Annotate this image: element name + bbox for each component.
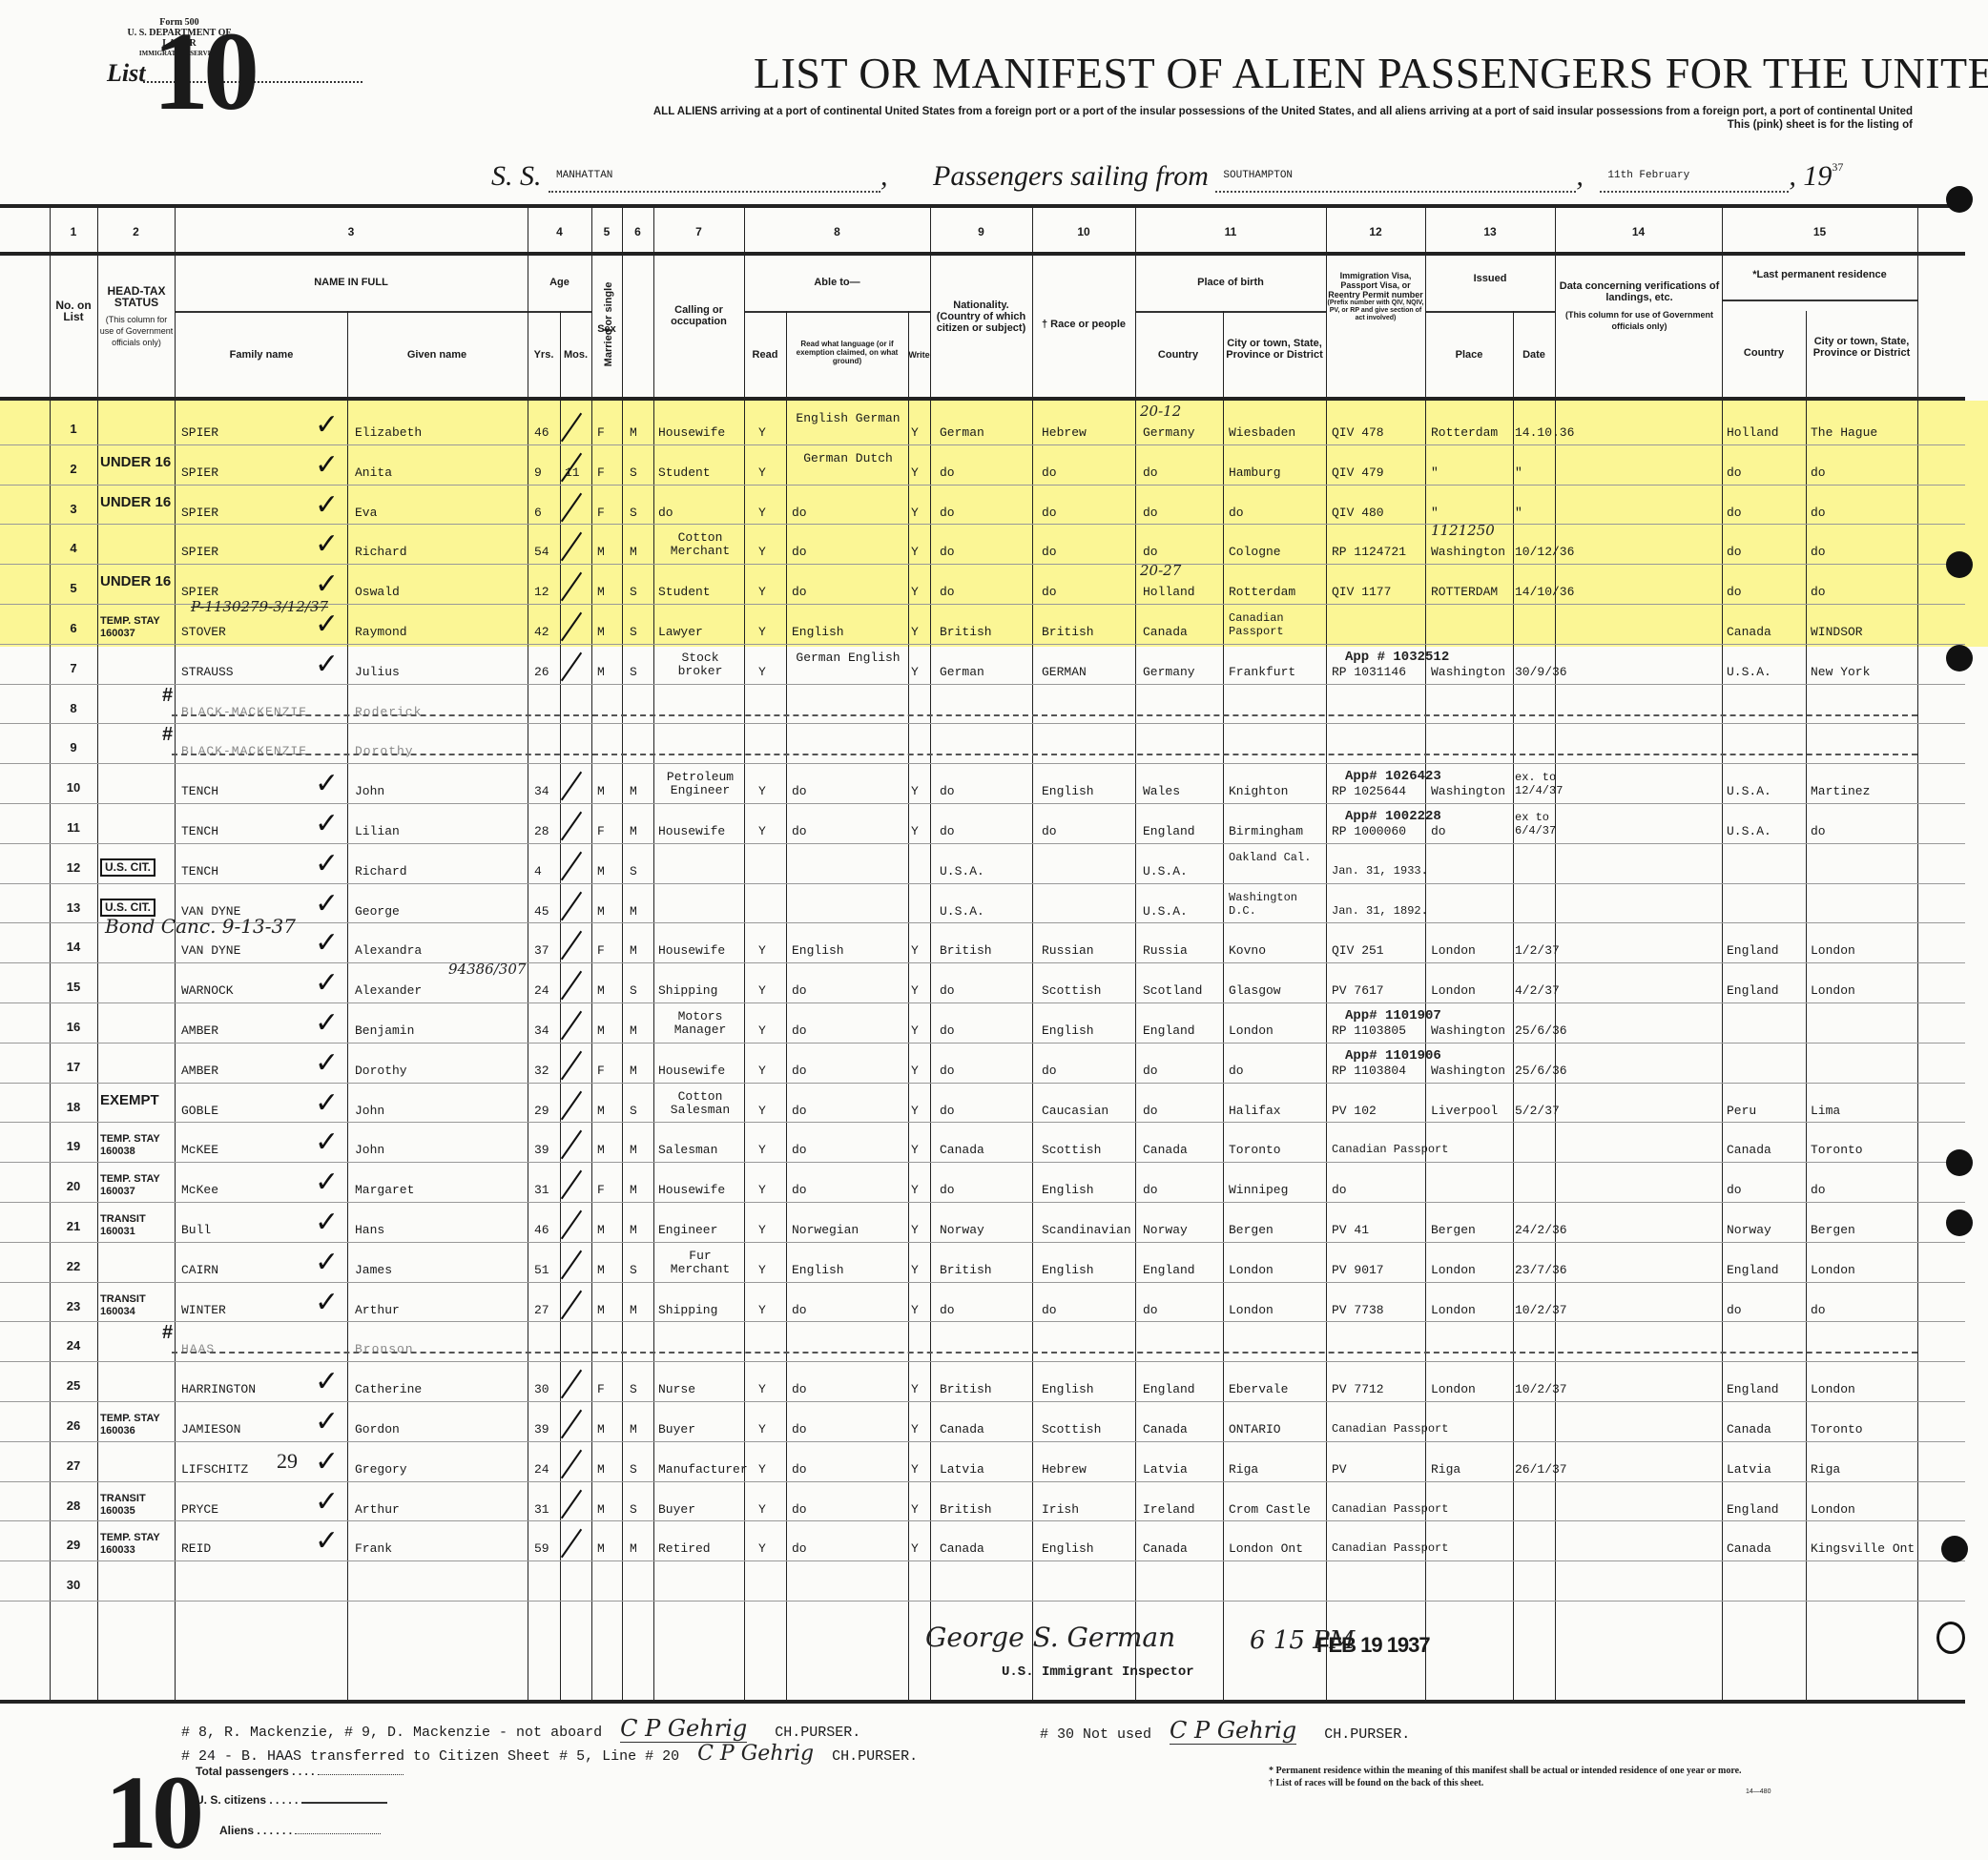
header-res-country: Country xyxy=(1722,347,1806,359)
header-verification-label: Data concerning verifications of landing… xyxy=(1557,280,1722,303)
nationality: do xyxy=(940,824,955,838)
footnote-races: † List of races will be found on the bac… xyxy=(1269,1777,1742,1789)
age-years: 51 xyxy=(534,1263,549,1277)
nationality: do xyxy=(940,465,955,480)
race: English xyxy=(1042,784,1094,798)
issued-place: Washington xyxy=(1431,1064,1505,1078)
nationality: U.S.A. xyxy=(940,904,984,919)
head-tax-status: # xyxy=(162,690,237,702)
residence-city: Martinez xyxy=(1811,784,1870,798)
occupation: Petroleum Engineer xyxy=(658,771,742,797)
binder-hole xyxy=(1946,1209,1973,1236)
given-name: Alexandra xyxy=(355,943,422,958)
header-visa-label: Immigration Visa, Passport Visa, or Reen… xyxy=(1326,271,1425,300)
family-name: McKEE xyxy=(181,1143,218,1157)
row-rule xyxy=(0,684,1965,685)
birth-city: Birmingham xyxy=(1229,824,1303,838)
check-mark-icon: ✓ xyxy=(315,1485,339,1519)
row-number: 11 xyxy=(50,820,97,835)
row-rule xyxy=(0,1122,1965,1123)
issued-place: " xyxy=(1431,465,1439,480)
table-row: 12U.S. CIT.TENCHRichard4MSU.S.A.U.S.A.Oa… xyxy=(0,847,1965,886)
languages: do xyxy=(792,1422,807,1436)
table-row: 2UNDER 16SPIERAnita911FSStudentYGerman D… xyxy=(0,448,1965,487)
row-number: 23 xyxy=(50,1299,97,1313)
issued-place: do xyxy=(1431,824,1446,838)
age-years: 39 xyxy=(534,1422,549,1436)
marital-status: M xyxy=(630,1422,637,1436)
race: do xyxy=(1042,506,1057,520)
issued-place: London xyxy=(1431,983,1476,998)
residence-country: do xyxy=(1727,465,1742,480)
birth-city: Winnipeg xyxy=(1229,1183,1288,1197)
sex: F xyxy=(597,1382,605,1396)
list-label: List xyxy=(107,59,145,88)
page-subtitle: ALL ALIENS arriving at a port of contine… xyxy=(386,105,1913,132)
table-row: 15WARNOCKAlexander24MSShippingYdoYdoScot… xyxy=(0,966,1965,1005)
family-name: REID xyxy=(181,1541,211,1556)
can-write: Y xyxy=(911,665,919,679)
ship-name: MANHATTAN xyxy=(549,170,880,193)
form-code: 14—480 xyxy=(1746,1788,1771,1795)
row-number: 21 xyxy=(50,1219,97,1233)
handwritten-annotation: 1121250 xyxy=(1431,522,1495,539)
sex: F xyxy=(597,425,605,440)
occupation: Housewife xyxy=(658,824,725,838)
issued-date: ex. to 12/4/37 xyxy=(1515,771,1557,797)
tick-slash-icon xyxy=(561,1370,582,1399)
residence-city: WINDSOR xyxy=(1811,625,1863,639)
issued-place: London xyxy=(1431,1303,1476,1317)
footer-note-3: # 30 Not used C P Gehrig CH.PURSER. xyxy=(1040,1717,1410,1744)
visa-number: QIV 1177 xyxy=(1332,585,1391,599)
column-number: 5 xyxy=(591,225,622,238)
birth-city: Toronto xyxy=(1229,1143,1281,1157)
visa-number: do xyxy=(1332,1183,1347,1197)
issued-place: Washington xyxy=(1431,1023,1505,1038)
issued-place: ROTTERDAM xyxy=(1431,585,1498,599)
languages: English xyxy=(792,625,844,639)
visa-number: PV 102 xyxy=(1332,1104,1377,1118)
handwritten-annotation: 20-12 xyxy=(1140,403,1181,420)
race: English xyxy=(1042,1183,1094,1197)
visa-number: PV 41 xyxy=(1332,1223,1369,1237)
can-write: Y xyxy=(911,1382,919,1396)
issued-place: London xyxy=(1431,1263,1476,1277)
row-number: 25 xyxy=(50,1378,97,1393)
column-number: 10 xyxy=(1032,225,1135,238)
sex: M xyxy=(597,1263,605,1277)
column-number: 1 xyxy=(50,225,97,238)
marital-status: M xyxy=(630,1023,637,1038)
languages: do xyxy=(792,983,807,998)
sex: M xyxy=(597,864,605,878)
purser-signature: C P Gehrig xyxy=(1170,1717,1296,1745)
residence-city: do xyxy=(1811,465,1826,480)
binder-hole xyxy=(1946,551,1973,578)
given-name: Dorothy xyxy=(355,1064,407,1078)
footer-note-3-text: # 30 Not used xyxy=(1040,1726,1151,1743)
visa-number: RP 1124721 xyxy=(1332,545,1406,559)
handwritten-annotation: App# 1002228 xyxy=(1345,809,1441,824)
occupation: Cotton Salesman xyxy=(658,1090,742,1117)
residence-city: Kingsville Ont xyxy=(1811,1541,1915,1556)
table-row: 10TENCHJohn34MMPetroleum EngineerYdoYdoE… xyxy=(0,767,1965,806)
given-name: Richard xyxy=(355,864,407,878)
given-name: Roderick xyxy=(355,705,422,719)
family-name: STOVER xyxy=(181,625,226,639)
tick-slash-icon xyxy=(561,1449,582,1478)
visa-number: Jan. 31, 1933. xyxy=(1332,864,1428,878)
given-name: Eva xyxy=(355,506,377,520)
nationality: do xyxy=(940,1064,955,1078)
birth-country: Canada xyxy=(1143,1422,1188,1436)
birth-country: Holland xyxy=(1143,585,1195,599)
issued-place: Rotterdam xyxy=(1431,425,1498,440)
column-number: 3 xyxy=(175,225,528,238)
given-name: Arthur xyxy=(355,1303,400,1317)
tick-slash-icon xyxy=(561,891,582,920)
residence-country: Latvia xyxy=(1727,1462,1771,1477)
family-name: CAIRN xyxy=(181,1263,218,1277)
visa-number: RP 1103804 xyxy=(1332,1064,1406,1078)
given-name: John xyxy=(355,1104,384,1118)
row-number: 1 xyxy=(50,422,97,436)
residence-country: England xyxy=(1727,1502,1779,1517)
issued-date: 10/12/36 xyxy=(1515,545,1574,559)
row-number: 30 xyxy=(50,1578,97,1592)
footnotes: * Permanent residence within the meaning… xyxy=(1269,1765,1742,1789)
residence-city: do xyxy=(1811,506,1826,520)
residence-country: England xyxy=(1727,1382,1779,1396)
rule xyxy=(0,1700,1965,1704)
issued-date: 14/10/36 xyxy=(1515,585,1574,599)
can-read: Y xyxy=(758,1143,766,1157)
marital-status: S xyxy=(630,1263,637,1277)
race: GERMAN xyxy=(1042,665,1087,679)
check-mark-icon: ✓ xyxy=(315,1524,339,1558)
birth-city: Frankfurt xyxy=(1229,665,1295,679)
header-family-name: Family name xyxy=(176,349,347,361)
tick-slash-icon xyxy=(561,812,582,841)
column-number: 15 xyxy=(1722,225,1917,238)
languages: do xyxy=(792,1143,807,1157)
purser-signature: C P Gehrig xyxy=(620,1715,747,1743)
sex: F xyxy=(597,1183,605,1197)
binder-hole xyxy=(1946,1149,1973,1176)
can-read: Y xyxy=(758,1303,766,1317)
age-years: 27 xyxy=(534,1303,549,1317)
family-name: Bull xyxy=(181,1223,211,1237)
given-name: Frank xyxy=(355,1541,392,1556)
footer-note-1: # 8, R. Mackenzie, # 9, D. Mackenzie - n… xyxy=(181,1715,860,1742)
row-number: 20 xyxy=(50,1179,97,1193)
head-tax-status: # xyxy=(162,729,237,741)
row-number: 6 xyxy=(50,621,97,635)
head-tax-status: TEMP. STAY 160037 xyxy=(100,615,175,640)
check-mark-icon: ✓ xyxy=(315,568,339,601)
check-mark-icon: ✓ xyxy=(315,966,339,1000)
departure-port: SOUTHAMPTON xyxy=(1215,170,1576,193)
issued-place: Washington xyxy=(1431,545,1505,559)
can-write: Y xyxy=(911,506,919,520)
birth-country: U.S.A. xyxy=(1143,904,1188,919)
languages: German Dutch xyxy=(792,452,904,465)
residence-city: Toronto xyxy=(1811,1422,1863,1436)
can-write: Y xyxy=(911,824,919,838)
sex: M xyxy=(597,904,605,919)
birth-city: do xyxy=(1229,1064,1244,1078)
row-rule xyxy=(0,485,1965,486)
issued-date: " xyxy=(1515,465,1522,480)
age-years: 34 xyxy=(534,1023,549,1038)
residence-city: Toronto xyxy=(1811,1143,1863,1157)
tick-slash-icon xyxy=(561,492,582,522)
birth-city: Crom Castle xyxy=(1229,1502,1311,1517)
languages: do xyxy=(792,585,807,599)
check-mark-icon: ✓ xyxy=(315,887,339,920)
row-rule xyxy=(0,1601,1965,1602)
check-mark-icon: ✓ xyxy=(315,1286,339,1319)
can-write: Y xyxy=(911,545,919,559)
nationality: Canada xyxy=(940,1541,984,1556)
nationality: British xyxy=(940,1263,992,1277)
given-name: Hans xyxy=(355,1223,384,1237)
head-tax-status: TRANSIT 160031 xyxy=(100,1213,175,1238)
age-years: 46 xyxy=(534,1223,549,1237)
tick-slash-icon xyxy=(561,772,582,801)
can-write: Y xyxy=(911,1023,919,1038)
sex: M xyxy=(597,1023,605,1038)
check-mark-icon: ✓ xyxy=(315,648,339,681)
row-rule xyxy=(0,1202,1965,1203)
inspector-signature: George S. German xyxy=(925,1622,1175,1653)
family-name: PRYCE xyxy=(181,1502,218,1517)
table-row: 4SPIERRichard54MMCotton MerchantYdoYdodo… xyxy=(0,527,1965,567)
residence-city: London xyxy=(1811,1382,1855,1396)
table-row: 23TRANSIT 160034WINTERArthur27MMShipping… xyxy=(0,1286,1965,1325)
visa-number: Jan. 31, 1892. xyxy=(1332,904,1428,918)
row-rule xyxy=(0,1560,1965,1561)
header-write: Write xyxy=(908,349,930,361)
birth-country: Ireland xyxy=(1143,1502,1195,1517)
family-name: SPIER xyxy=(181,465,218,480)
head-tax-status: TRANSIT 160034 xyxy=(100,1293,175,1318)
family-name: TENCH xyxy=(181,784,218,798)
nationality: Canada xyxy=(940,1143,984,1157)
residence-city: do xyxy=(1811,1183,1826,1197)
sex: M xyxy=(597,1104,605,1118)
marital-status: M xyxy=(630,943,637,958)
nationality: British xyxy=(940,1382,992,1396)
nationality: British xyxy=(940,625,992,639)
age-years: 45 xyxy=(534,904,549,919)
issued-date: 10/2/37 xyxy=(1515,1303,1567,1317)
visa-number: PV 7617 xyxy=(1332,983,1384,998)
given-name: Raymond xyxy=(355,625,407,639)
languages: do xyxy=(792,784,807,798)
age-years: 30 xyxy=(534,1382,549,1396)
can-read: Y xyxy=(758,1502,766,1517)
rule xyxy=(0,397,1965,401)
residence-city: London xyxy=(1811,1502,1855,1517)
can-read: Y xyxy=(758,1183,766,1197)
languages: do xyxy=(792,506,807,520)
check-mark-icon: ✓ xyxy=(315,527,339,561)
column-number: 6 xyxy=(622,225,653,238)
check-mark-icon: ✓ xyxy=(315,448,339,482)
given-name: Margaret xyxy=(355,1183,414,1197)
race: Hebrew xyxy=(1042,425,1087,440)
family-name: TENCH xyxy=(181,864,218,878)
row-rule xyxy=(0,524,1965,525)
header-place-of-birth: Place of birth xyxy=(1135,277,1326,288)
given-name: James xyxy=(355,1263,392,1277)
occupation: Motors Manager xyxy=(658,1010,742,1037)
residence-country: Peru xyxy=(1727,1104,1756,1118)
tick-slash-icon xyxy=(561,1290,582,1319)
given-name: Lilian xyxy=(355,824,400,838)
visa-number: Canadian Passport xyxy=(1332,1422,1448,1436)
row-number: 24 xyxy=(50,1338,97,1353)
issued-place: Liverpool xyxy=(1431,1104,1498,1118)
given-name: Gordon xyxy=(355,1422,400,1436)
tick-slash-icon xyxy=(561,851,582,880)
can-read: Y xyxy=(758,1462,766,1477)
header-race: † Race or people xyxy=(1032,319,1135,330)
birth-city: Canadian Passport xyxy=(1229,611,1324,638)
binder-hole-outline xyxy=(1936,1622,1965,1654)
visa-number: PV 7712 xyxy=(1332,1382,1384,1396)
family-name: STRAUSS xyxy=(181,665,234,679)
nationality: German xyxy=(940,665,984,679)
given-name: John xyxy=(355,784,384,798)
row-number: 27 xyxy=(50,1458,97,1473)
sex: M xyxy=(597,1462,605,1477)
race: do xyxy=(1042,824,1057,838)
age-years: 42 xyxy=(534,625,549,639)
row-number: 13 xyxy=(50,900,97,915)
issued-place: Riga xyxy=(1431,1462,1460,1477)
birth-country: Germany xyxy=(1143,425,1195,440)
race: Russian xyxy=(1042,943,1094,958)
row-number: 18 xyxy=(50,1100,97,1114)
visa-number: QIV 479 xyxy=(1332,465,1384,480)
residence-city: New York xyxy=(1811,665,1870,679)
birth-city: Wiesbaden xyxy=(1229,425,1295,440)
marital-status: M xyxy=(630,824,637,838)
column-number: 14 xyxy=(1555,225,1722,238)
column-number: 2 xyxy=(97,225,175,238)
birth-city: Oakland Cal. xyxy=(1229,851,1324,864)
birth-country: do xyxy=(1143,506,1158,520)
column-number: 8 xyxy=(744,225,930,238)
race: British xyxy=(1042,625,1094,639)
can-write: Y xyxy=(911,1183,919,1197)
nationality: do xyxy=(940,1303,955,1317)
sex: M xyxy=(597,1223,605,1237)
age-years: 54 xyxy=(534,545,549,559)
visa-number: Canadian Passport xyxy=(1332,1541,1448,1555)
age-years: 39 xyxy=(534,1143,549,1157)
occupation: Nurse xyxy=(658,1382,695,1396)
header-verification: Data concerning verifications of landing… xyxy=(1557,280,1722,332)
handwritten-annotation: App # 1032512 xyxy=(1345,650,1449,665)
tick-slash-icon xyxy=(561,1170,582,1200)
family-name: GOBLE xyxy=(181,1104,218,1118)
table-row: 3UNDER 16SPIEREva6FSdoYdoYdodododoQIV 48… xyxy=(0,488,1965,527)
race: English xyxy=(1042,1023,1094,1038)
age-years: 4 xyxy=(534,864,542,878)
residence-country: Canada xyxy=(1727,1422,1771,1436)
nationality: do xyxy=(940,585,955,599)
family-name: HARRINGTON xyxy=(181,1382,256,1396)
given-name: George xyxy=(355,904,400,919)
row-number: 5 xyxy=(50,581,97,595)
can-read: Y xyxy=(758,1263,766,1277)
sex: M xyxy=(597,665,605,679)
row-rule xyxy=(0,1441,1965,1442)
table-row: 16AMBERBenjamin34MMMotors ManagerYdoYdoE… xyxy=(0,1006,1965,1045)
column-number: 7 xyxy=(653,225,744,238)
nationality: German xyxy=(940,425,984,440)
occupation: Student xyxy=(658,465,711,480)
race: Scottish xyxy=(1042,983,1101,998)
given-name: Benjamin xyxy=(355,1023,414,1038)
sex: M xyxy=(597,1502,605,1517)
can-write: Y xyxy=(911,1223,919,1237)
rule xyxy=(176,311,591,313)
age-years: 6 xyxy=(534,506,542,520)
nationality: do xyxy=(940,1183,955,1197)
issued-date: 5/2/37 xyxy=(1515,1104,1560,1118)
residence-city: The Hague xyxy=(1811,425,1877,440)
row-number: 29 xyxy=(50,1538,97,1552)
languages: do xyxy=(792,824,807,838)
visa-number: RP 1000060 xyxy=(1332,824,1406,838)
family-name: McKee xyxy=(181,1183,218,1197)
subtitle-line-2: This (pink) sheet is for the listing of xyxy=(386,118,1913,132)
aliens-text: Aliens xyxy=(219,1824,254,1837)
languages: do xyxy=(792,545,807,559)
residence-country: Canada xyxy=(1727,1541,1771,1556)
nationality: do xyxy=(940,983,955,998)
issued-place: Washington xyxy=(1431,784,1505,798)
issued-date: 14.10.36 xyxy=(1515,425,1574,440)
ss-label: S. S. xyxy=(491,160,542,192)
residence-city: London xyxy=(1811,983,1855,998)
birth-city: Cologne xyxy=(1229,545,1281,559)
languages: English German xyxy=(792,412,904,425)
languages: do xyxy=(792,1462,807,1477)
rule xyxy=(744,311,930,313)
marital-status: M xyxy=(630,904,637,919)
footnote-residence: * Permanent residence within the meaning… xyxy=(1269,1765,1742,1777)
family-name: AMBER xyxy=(181,1023,218,1038)
rule xyxy=(0,204,1965,208)
aliens-label: Aliens . . . . . . xyxy=(219,1824,381,1837)
can-write: Y xyxy=(911,784,919,798)
row-number: 3 xyxy=(50,502,97,516)
row-number: 7 xyxy=(50,661,97,675)
residence-city: Riga xyxy=(1811,1462,1840,1477)
check-mark-icon: ✓ xyxy=(315,847,339,880)
table-row: 25HARRINGTONCatherine30FSNurseYdoYBritis… xyxy=(0,1365,1965,1404)
row-rule xyxy=(0,883,1965,884)
given-name: Dorothy xyxy=(355,744,414,758)
languages: do xyxy=(792,1502,807,1517)
sex: F xyxy=(597,1064,605,1078)
